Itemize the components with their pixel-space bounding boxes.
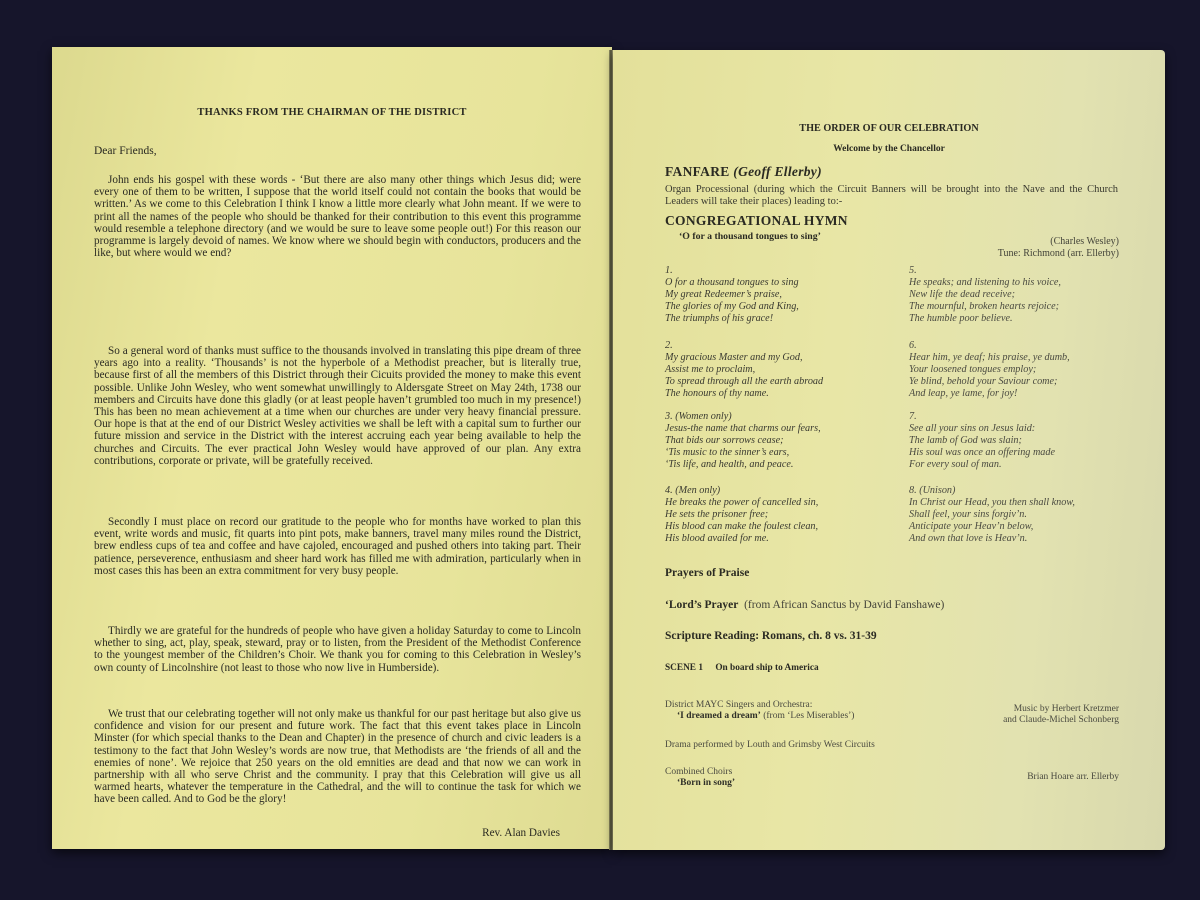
verse-number: 4. (Men only) [665, 485, 905, 497]
choirs-song: ‘Born in song’ [665, 778, 735, 789]
signature: Rev. Alan Davies [482, 827, 560, 839]
hymn-verse: 3. (Women only)Jesus-the name that charm… [665, 411, 905, 471]
verse-number: 7. [909, 411, 1149, 423]
hymn-verse: 6.Hear him, ye deaf; his praise, ye dumb… [909, 340, 1149, 400]
scene-title: On board ship to America [715, 663, 818, 673]
verse-line: The triumphs of his grace! [665, 313, 905, 325]
verse-line: He speaks; and listening to his voice, [909, 277, 1149, 289]
verse-number: 2. [665, 340, 905, 352]
hymn-credits: (Charles Wesley) Tune: Richmond (arr. El… [998, 236, 1119, 259]
fanfare-label: FANFARE [665, 164, 730, 179]
fanfare-composer: (Geoff Ellerby) [733, 164, 822, 179]
chairman-thanks-title: THANKS FROM THE CHAIRMAN OF THE DISTRICT [52, 107, 612, 118]
mayc-item: District MAYC Singers and Orchestra: ‘I … [665, 700, 854, 722]
hymn-author: (Charles Wesley) [998, 236, 1119, 248]
verse-line: Your loosened tongues employ; [909, 364, 1149, 376]
verse-line: Anticipate your Heav’n below, [909, 521, 1149, 533]
verse-line: His blood can make the foulest clean, [665, 521, 905, 533]
verse-line: Hear him, ye deaf; his praise, ye dumb, [909, 352, 1149, 364]
hymn-verse: 8. (Unison)In Christ our Head, you then … [909, 485, 1149, 545]
verse-number: 6. [909, 340, 1149, 352]
verse-line: For every soul of man. [909, 459, 1149, 471]
verse-line: To spread through all the earth abroad [665, 376, 905, 388]
fanfare-heading: FANFARE (Geoff Ellerby) [665, 164, 822, 180]
verse-number: 1. [665, 265, 905, 277]
verse-line: O for a thousand tongues to sing [665, 277, 905, 289]
mayc-credit-line: Music by Herbert Kretzmer [1003, 704, 1119, 715]
mayc-song-source: (from ‘Les Miserables’) [763, 711, 854, 721]
scene-heading: SCENE 1 On board ship to America [665, 663, 819, 673]
verse-line: The honours of thy name. [665, 388, 905, 400]
verse-line: New life the dead receive; [909, 289, 1149, 301]
hymn-verse: 1.O for a thousand tongues to singMy gre… [665, 265, 905, 325]
organ-processional: Organ Processional (during which the Cir… [665, 184, 1118, 207]
verse-line: The humble poor believe. [909, 313, 1149, 325]
order-title: THE ORDER OF OUR CELEBRATION [613, 123, 1165, 134]
verse-line: In Christ our Head, you then shall know, [909, 497, 1149, 509]
hymn-verse: 5.He speaks; and listening to his voice,… [909, 265, 1149, 325]
lords-prayer: ‘Lord’s Prayer (from African Sanctus by … [665, 599, 944, 611]
verse-line: See all your sins on Jesus laid: [909, 423, 1149, 435]
scripture-reading: Scripture Reading: Romans, ch. 8 vs. 31-… [665, 630, 877, 642]
verse-number: 5. [909, 265, 1149, 277]
verse-line: The lamb of God was slain; [909, 435, 1149, 447]
prayers-of-praise: Prayers of Praise [665, 567, 749, 579]
left-page: THANKS FROM THE CHAIRMAN OF THE DISTRICT… [52, 47, 612, 849]
verse-line: My gracious Master and my God, [665, 352, 905, 364]
verse-line: And leap, ye lame, for joy! [909, 388, 1149, 400]
hymn-tune: Tune: Richmond (arr. Ellerby) [998, 248, 1119, 260]
hymn-title: ‘O for a thousand tongues to sing’ [679, 231, 821, 242]
mayc-credit-line: and Claude-Michel Schonberg [1003, 715, 1119, 726]
welcome-line: Welcome by the Chancellor [613, 144, 1165, 154]
verse-line: He sets the prisoner free; [665, 509, 905, 521]
choirs-credit: Brian Hoare arr. Ellerby [1027, 772, 1119, 783]
letter-paragraph: Thirdly we are grateful for the hundreds… [94, 625, 581, 674]
hymn-heading: CONGREGATIONAL HYMN [665, 213, 848, 229]
letter-paragraph: So a general word of thanks must suffice… [94, 345, 581, 467]
letter-paragraph: Secondly I must place on record our grat… [94, 516, 581, 577]
verse-line: The glories of my God and King, [665, 301, 905, 313]
verse-line: Jesus-the name that charms our fears, [665, 423, 905, 435]
letter-paragraph: We trust that our celebrating together w… [94, 708, 581, 806]
drama-line: Drama performed by Louth and Grimsby Wes… [665, 740, 875, 751]
verse-line: The mournful, broken hearts rejoice; [909, 301, 1149, 313]
right-page: THE ORDER OF OUR CELEBRATION Welcome by … [613, 50, 1165, 850]
verse-line: His soul was once an offering made [909, 447, 1149, 459]
verse-line: My great Redeemer’s praise, [665, 289, 905, 301]
verse-line: ‘Tis life, and health, and peace. [665, 459, 905, 471]
verse-number: 3. (Women only) [665, 411, 905, 423]
choirs-performers: Combined Choirs [665, 767, 735, 778]
verse-line: That bids our sorrows cease; [665, 435, 905, 447]
hymn-verse: 7.See all your sins on Jesus laid:The la… [909, 411, 1149, 471]
verse-line: And own that love is Heav’n. [909, 533, 1149, 545]
verse-line: Shall feel, your sins forgiv’n. [909, 509, 1149, 521]
scene-label: SCENE 1 [665, 663, 703, 673]
mayc-performers: District MAYC Singers and Orchestra: [665, 700, 854, 711]
greeting: Dear Friends, [94, 145, 157, 157]
hymn-verse: 4. (Men only)He breaks the power of canc… [665, 485, 905, 545]
choirs-item: Combined Choirs ‘Born in song’ [665, 767, 735, 789]
verse-line: ‘Tis music to the sinner’s ears, [665, 447, 905, 459]
mayc-credit: Music by Herbert Kretzmer and Claude-Mic… [1003, 704, 1119, 726]
lords-prayer-source: (from African Sanctus by David Fanshawe) [744, 599, 944, 611]
lords-prayer-title: ‘Lord’s Prayer [665, 599, 738, 611]
verse-number: 8. (Unison) [909, 485, 1149, 497]
verse-line: He breaks the power of cancelled sin, [665, 497, 905, 509]
mayc-song: ‘I dreamed a dream’ (from ‘Les Miserable… [665, 711, 854, 722]
letter-paragraph: John ends his gospel with these words - … [94, 174, 581, 259]
verse-line: His blood availed for me. [665, 533, 905, 545]
verse-line: Assist me to proclaim, [665, 364, 905, 376]
mayc-song-title: ‘I dreamed a dream’ [677, 711, 761, 721]
verse-line: Ye blind, behold your Saviour come; [909, 376, 1149, 388]
hymn-verse: 2.My gracious Master and my God,Assist m… [665, 340, 905, 400]
